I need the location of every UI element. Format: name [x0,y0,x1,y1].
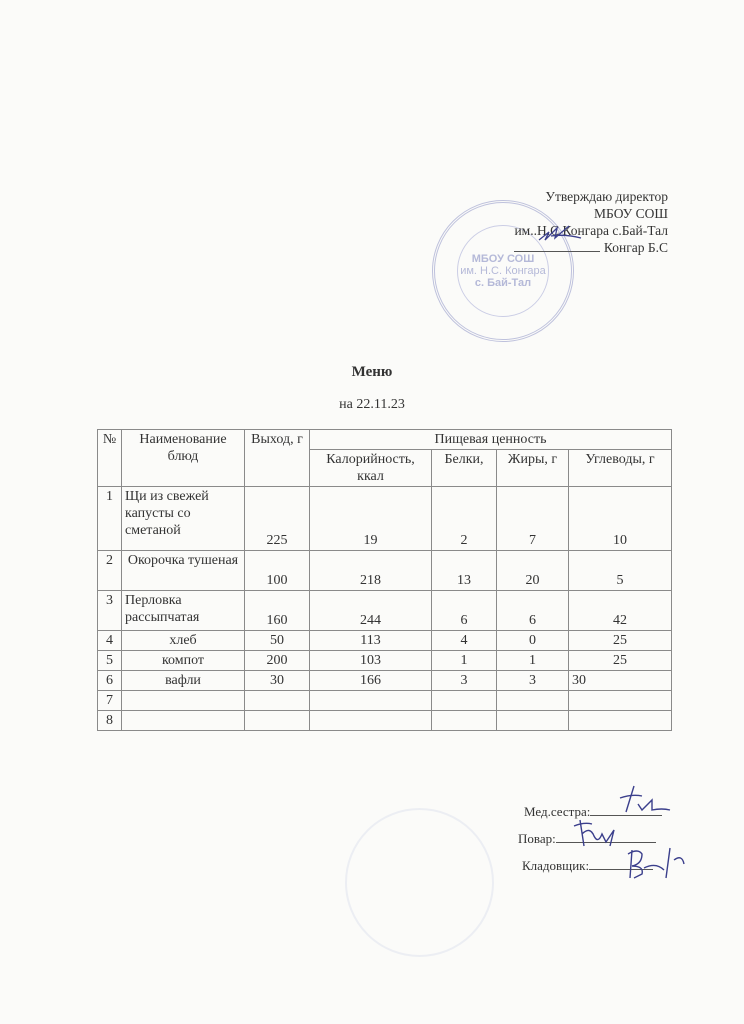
cell-carbs [569,691,672,711]
cell-calories [310,711,432,731]
table-row: 4 хлеб 50 113 4 0 25 [98,631,672,651]
cell-protein: 13 [432,551,497,591]
cell-calories: 218 [310,551,432,591]
header-output: Выход, г [245,430,310,487]
table-row: 3 Перловка рассыпчатая 160 244 6 6 42 [98,591,672,631]
page-title: Меню [0,364,744,381]
cell-output: 225 [245,487,310,551]
header-protein: Белки, [432,450,497,487]
cell-no: 3 [98,591,122,631]
cell-carbs: 25 [569,651,672,671]
header-name: Наименование блюд [122,430,245,487]
storekeeper-signature-icon [622,844,692,882]
cell-output: 100 [245,551,310,591]
cell-protein: 2 [432,487,497,551]
menu-table: № Наименование блюд Выход, г Пищевая цен… [97,429,672,731]
cell-calories [310,691,432,711]
cell-output [245,711,310,731]
cell-carbs: 5 [569,551,672,591]
cell-output: 50 [245,631,310,651]
table-row: 6 вафли 30 166 3 3 30 [98,671,672,691]
stamp-line-3: с. Бай-Тал [435,277,571,289]
cell-fat [497,691,569,711]
cell-protein [432,691,497,711]
approval-line-2: МБОУ СОШ [514,205,668,222]
table-row: 7 [98,691,672,711]
cell-fat: 6 [497,591,569,631]
cell-name: компот [122,651,245,671]
cook-label: Повар: [518,831,556,846]
cell-name: вафли [122,671,245,691]
menu-date: на 22.11.23 [0,397,744,413]
cell-no: 5 [98,651,122,671]
cell-name [122,711,245,731]
approval-line-1: Утверждаю директор [514,188,668,205]
header-nutrition: Пищевая ценность [310,430,672,450]
cell-carbs: 10 [569,487,672,551]
table-header-row: № Наименование блюд Выход, г Пищевая цен… [98,430,672,450]
cell-fat: 0 [497,631,569,651]
cell-name [122,691,245,711]
cell-fat: 3 [497,671,569,691]
cell-name: Окорочка тушеная [122,551,245,591]
cell-output [245,691,310,711]
cell-fat: 20 [497,551,569,591]
cell-name: хлеб [122,631,245,651]
cell-no: 7 [98,691,122,711]
cell-protein: 6 [432,591,497,631]
cell-protein: 1 [432,651,497,671]
cell-output: 160 [245,591,310,631]
cell-carbs: 42 [569,591,672,631]
cell-output: 200 [245,651,310,671]
table-row: 2 Окорочка тушеная 100 218 13 20 5 [98,551,672,591]
cell-protein: 4 [432,631,497,651]
header-calories: Калорийность, ккал [310,450,432,487]
cook-signature-icon [570,816,620,850]
approval-signatory: Конгар Б.С [604,240,668,255]
stamp-text: МБОУ СОШ им. Н.С. Конгара с. Бай-Тал [435,253,571,289]
storekeeper-label: Кладовщик: [522,858,589,873]
cell-name: Перловка рассыпчатая [122,591,245,631]
cell-fat: 1 [497,651,569,671]
cell-output: 30 [245,671,310,691]
table-row: 8 [98,711,672,731]
cell-protein [432,711,497,731]
cell-carbs: 25 [569,631,672,651]
cell-no: 6 [98,671,122,691]
cell-protein: 3 [432,671,497,691]
nurse-signature-icon [612,782,672,818]
cell-no: 4 [98,631,122,651]
cell-carbs [569,711,672,731]
stamp-line-2: им. Н.С. Конгара [435,265,571,277]
cell-no: 1 [98,487,122,551]
cell-fat [497,711,569,731]
header-no: № [98,430,122,487]
cell-calories: 113 [310,631,432,651]
cell-no: 2 [98,551,122,591]
cell-fat: 7 [497,487,569,551]
header-carbs: Углеводы, г [569,450,672,487]
director-signature-icon [535,222,585,244]
faint-stamp-bleedthrough [345,808,494,957]
cell-calories: 19 [310,487,432,551]
cell-name: Щи из свежей капусты со сметаной [122,487,245,551]
header-fat: Жиры, г [497,450,569,487]
cell-calories: 166 [310,671,432,691]
cell-no: 8 [98,711,122,731]
cell-calories: 244 [310,591,432,631]
table-row: 5 компот 200 103 1 1 25 [98,651,672,671]
table-row: 1 Щи из свежей капусты со сметаной 225 1… [98,487,672,551]
cell-carbs: 30 [569,671,672,691]
cell-calories: 103 [310,651,432,671]
